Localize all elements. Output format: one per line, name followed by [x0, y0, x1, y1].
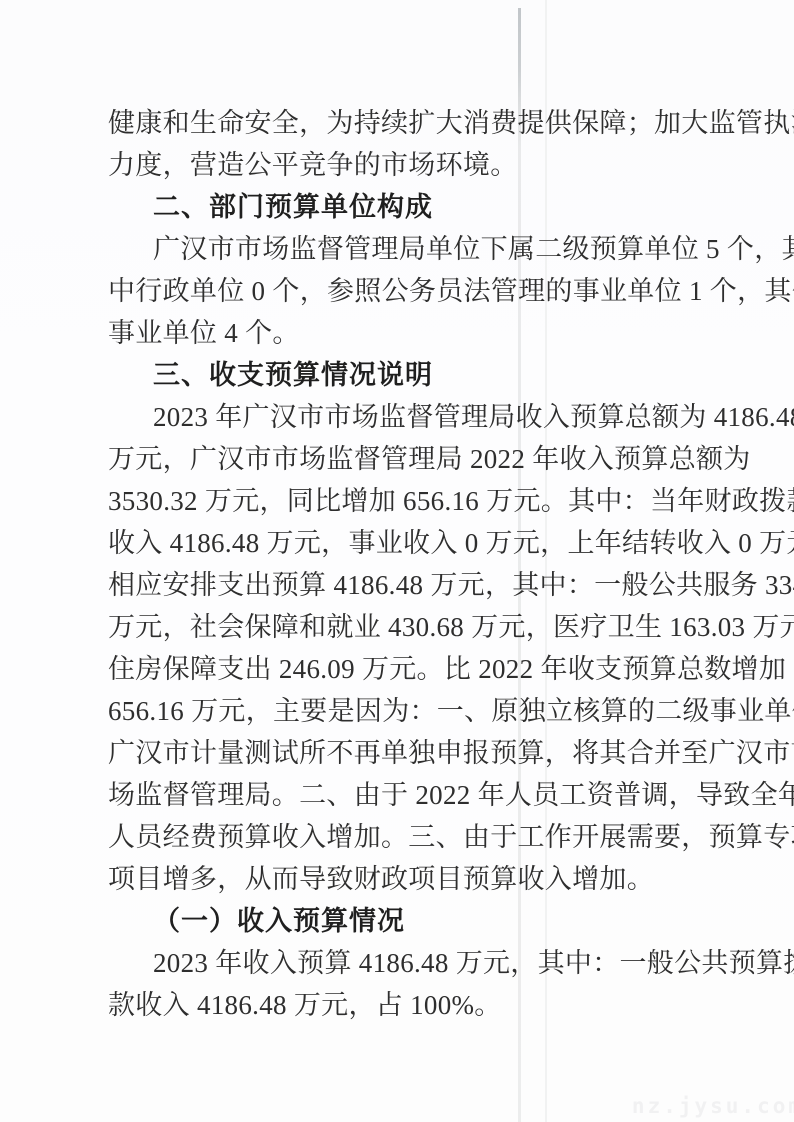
text-line: 2023 年收入预算 4186.48 万元，其中：一般公共预算拨: [108, 942, 688, 984]
text-line: 广汉市市场监督管理局单位下属二级预算单位 5 个，其: [108, 228, 688, 270]
text-line: 住房保障支出 246.09 万元。比 2022 年收支预算总数增加: [108, 648, 688, 690]
text-line: 2023 年广汉市市场监督管理局收入预算总额为 4186.48: [108, 396, 688, 438]
watermark-text: nz.jysu.com: [632, 1094, 794, 1118]
text-line: 相应安排支出预算 4186.48 万元，其中：一般公共服务 3346.69: [108, 564, 688, 606]
text-line: 人员经费预算收入增加。三、由于工作开展需要，预算专项: [108, 816, 688, 858]
heading-section-2: 二、部门预算单位构成: [108, 186, 688, 228]
scanned-document: { "doc": { "lines": [ "健康和生命安全，为持续扩大消费提供…: [0, 0, 794, 1122]
text-line: 中行政单位 0 个，参照公务员法管理的事业单位 1 个，其他: [108, 270, 688, 312]
text-line: 力度，营造公平竞争的市场环境。: [108, 144, 688, 186]
text-line: 项目增多，从而导致财政项目预算收入增加。: [108, 858, 688, 900]
text-line: 3530.32 万元，同比增加 656.16 万元。其中：当年财政拨款: [108, 480, 688, 522]
text-line: 收入 4186.48 万元，事业收入 0 万元，上年结转收入 0 万元。: [108, 522, 688, 564]
text-line: 健康和生命安全，为持续扩大消费提供保障；加大监管执法: [108, 102, 688, 144]
text-line: 款收入 4186.48 万元，占 100%。: [108, 984, 688, 1026]
text-line: 事业单位 4 个。: [108, 312, 688, 354]
text-line: 万元，广汉市市场监督管理局 2022 年收入预算总额为: [108, 438, 688, 480]
text-line: 广汉市计量测试所不再单独申报预算，将其合并至广汉市市: [108, 732, 688, 774]
text-line: 万元，社会保障和就业 430.68 万元，医疗卫生 163.03 万元，: [108, 606, 688, 648]
text-line: 场监督管理局。二、由于 2022 年人员工资普调，导致全年: [108, 774, 688, 816]
document-page: 健康和生命安全，为持续扩大消费提供保障；加大监管执法 力度，营造公平竞争的市场环…: [0, 0, 794, 1122]
document-body: 健康和生命安全，为持续扩大消费提供保障；加大监管执法 力度，营造公平竞争的市场环…: [108, 102, 688, 1026]
heading-section-3: 三、收支预算情况说明: [108, 354, 688, 396]
text-line: 656.16 万元，主要是因为：一、原独立核算的二级事业单位: [108, 690, 688, 732]
heading-subsection-1: （一）收入预算情况: [108, 900, 688, 942]
